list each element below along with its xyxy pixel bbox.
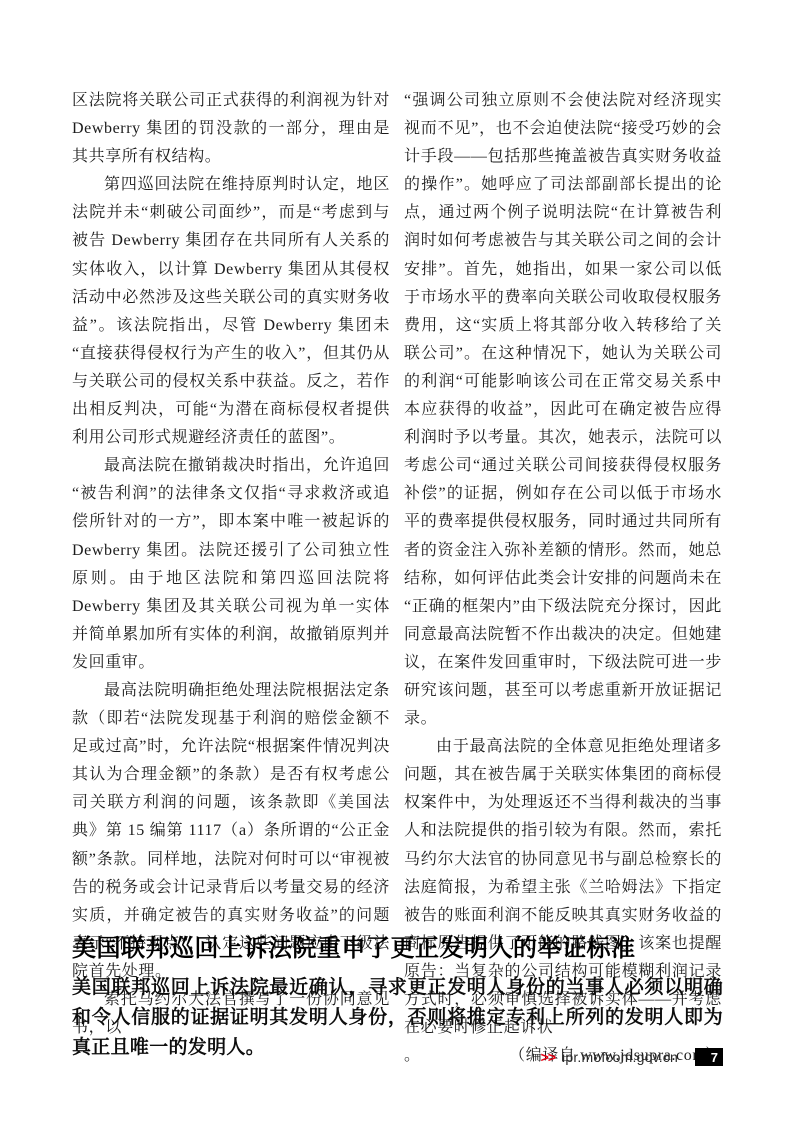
article-body: 区法院将关联公司正式获得的利润视为针对 Dewberry 集团的罚没款的一部分，…: [72, 87, 722, 1070]
body-paragraph: 第四巡回法院在维持原判时认定，地区法院并未“刺破公司面纱”，而是“考虑到与被告 …: [72, 171, 390, 452]
double-chevron-icon: >>: [541, 1049, 555, 1065]
footer-domain-link[interactable]: ipr.mofcom.gov.cn: [562, 1049, 678, 1065]
body-paragraph: 最高法院在撤销裁决时指出，允许追回“被告利润”的法律条文仅指“寻求救济或追偿所针…: [72, 452, 390, 677]
next-article-section: 美国联邦巡回上诉法院重申了更正发明人的举证标准 美国联邦巡回上诉法院最近确认，寻…: [72, 934, 723, 1063]
article-title: 美国联邦巡回上诉法院重申了更正发明人的举证标准: [72, 934, 723, 964]
body-paragraph: 区法院将关联公司正式获得的利润视为针对 Dewberry 集团的罚没款的一部分，…: [72, 87, 390, 171]
page-footer: >> ipr.mofcom.gov.cn 7: [72, 1048, 723, 1066]
body-paragraph: “强调公司独立原则不会使法院对经济现实视而不见”，也不会迫使法院“接受巧妙的会计…: [404, 87, 722, 733]
right-column: “强调公司独立原则不会使法院对经济现实视而不见”，也不会迫使法院“接受巧妙的会计…: [404, 87, 722, 1070]
page-number-badge: 7: [695, 1048, 723, 1066]
left-column: 区法院将关联公司正式获得的利润视为针对 Dewberry 集团的罚没款的一部分，…: [72, 87, 390, 1070]
document-page: 区法院将关联公司正式获得的利润视为针对 Dewberry 集团的罚没款的一部分，…: [0, 0, 794, 1123]
page-number: 7: [711, 1050, 718, 1065]
